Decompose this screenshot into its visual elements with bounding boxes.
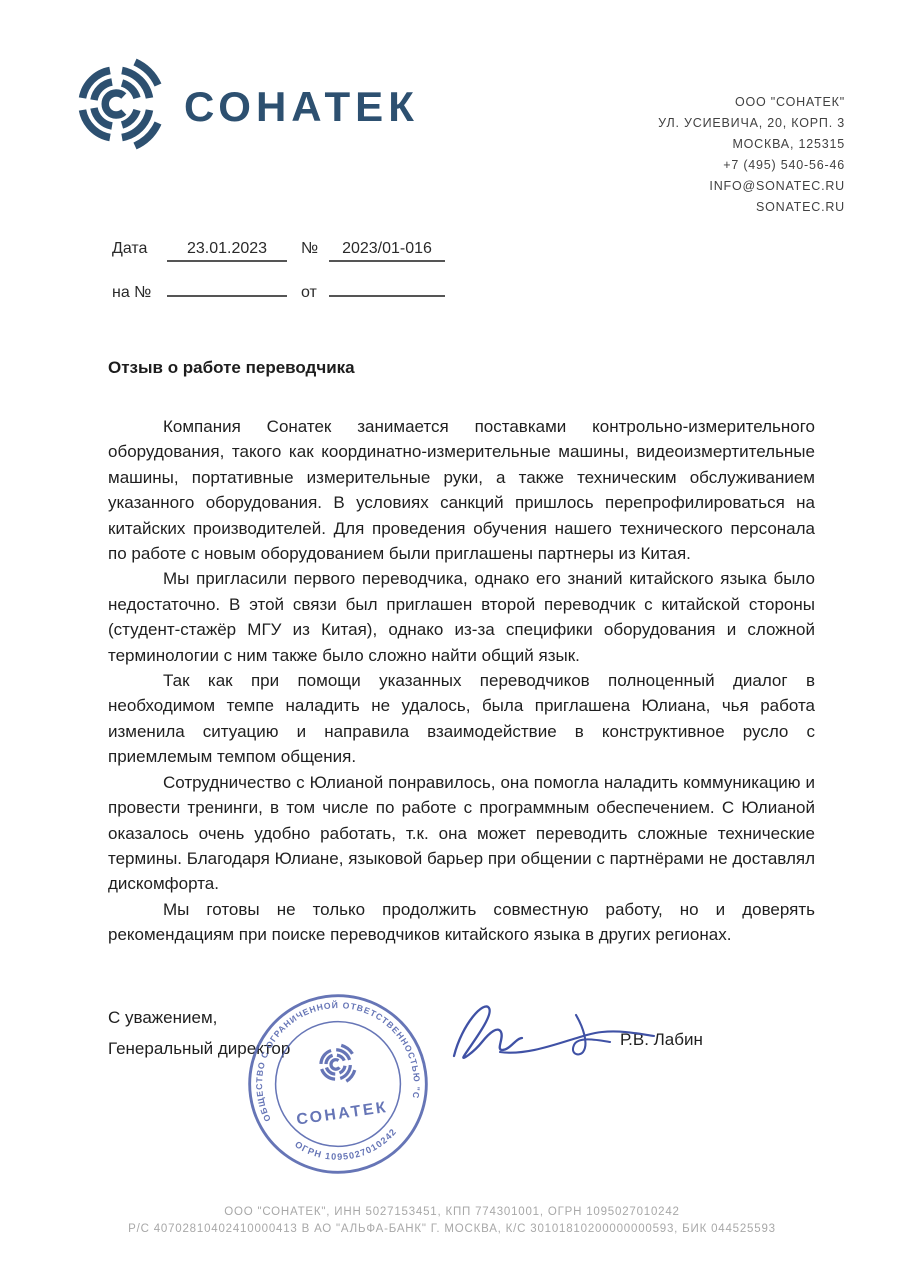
sonar-logo-icon [62,54,170,154]
reference-block: Дата 23.01.2023 № 2023/01-016 на № от [112,240,572,310]
paragraph: Компания Сонатек занимается поставками к… [108,414,815,566]
footer-requisites: ООО "СОНАТЕК", ИНН 5027153451, КПП 77430… [0,1204,904,1238]
stamp-seal-icon: ОБЩЕСТВО С ОГРАНИЧЕННОЙ ОТВЕТСТВЕННОСТЬЮ… [230,976,447,1193]
date-label: Дата [112,240,167,258]
address-line: ООО "СОНАТЕК" [658,92,845,113]
paragraph: Мы пригласили первого переводчика, однак… [108,566,815,668]
date-field: 23.01.2023 [167,240,287,262]
number-field: 2023/01-016 [329,240,445,262]
footer-line: Р/С 40702810402410000413 В АО "АЛЬФА-БАН… [0,1221,904,1238]
letter-page: СОНАТЕК ООО "СОНАТЕК" УЛ. УСИЕВИЧА, 20, … [0,0,904,1280]
address-line-website: SONATEC.RU [658,197,845,218]
from-label: от [301,284,329,302]
reference-row-date: Дата 23.01.2023 № 2023/01-016 [112,240,572,275]
number-label: № [301,240,329,258]
paragraph: Мы готовы не только продолжить совместну… [108,897,815,948]
letter-body: Компания Сонатек занимается поставками к… [108,414,815,948]
letter-title: Отзыв о работе переводчика [108,358,355,378]
company-address-block: ООО "СОНАТЕК" УЛ. УСИЕВИЧА, 20, КОРП. 3 … [658,92,845,218]
stamp-ogrn-text: ОГРН 1095027010242 [292,1125,402,1168]
on-number-label: на № [112,284,167,302]
from-field [329,275,445,297]
paragraph: Сотрудничество с Юлианой понравилось, он… [108,770,815,897]
footer-line: ООО "СОНАТЕК", ИНН 5027153451, КПП 77430… [0,1204,904,1221]
reference-row-reply: на № от [112,275,572,310]
stamp-center-text: СОНАТЕК [295,1099,389,1129]
paragraph: Так как при помощи указанных переводчико… [108,668,815,770]
on-number-field [167,275,287,297]
address-line-phone: +7 (495) 540-56-46 [658,155,845,176]
logo-wordmark: СОНАТЕК [184,83,419,131]
svg-text:ОГРН 1095027010242: ОГРН 1095027010242 [292,1125,402,1168]
address-line: МОСКВА, 125315 [658,134,845,155]
address-line: УЛ. УСИЕВИЧА, 20, КОРП. 3 [658,113,845,134]
company-stamp: ОБЩЕСТВО С ОГРАНИЧЕННОЙ ОТВЕТСТВЕННОСТЬЮ… [230,976,447,1193]
company-logo: СОНАТЕК [62,54,419,154]
handwritten-signature-icon [440,994,668,1076]
address-line-email: INFO@SONATEC.RU [658,176,845,197]
